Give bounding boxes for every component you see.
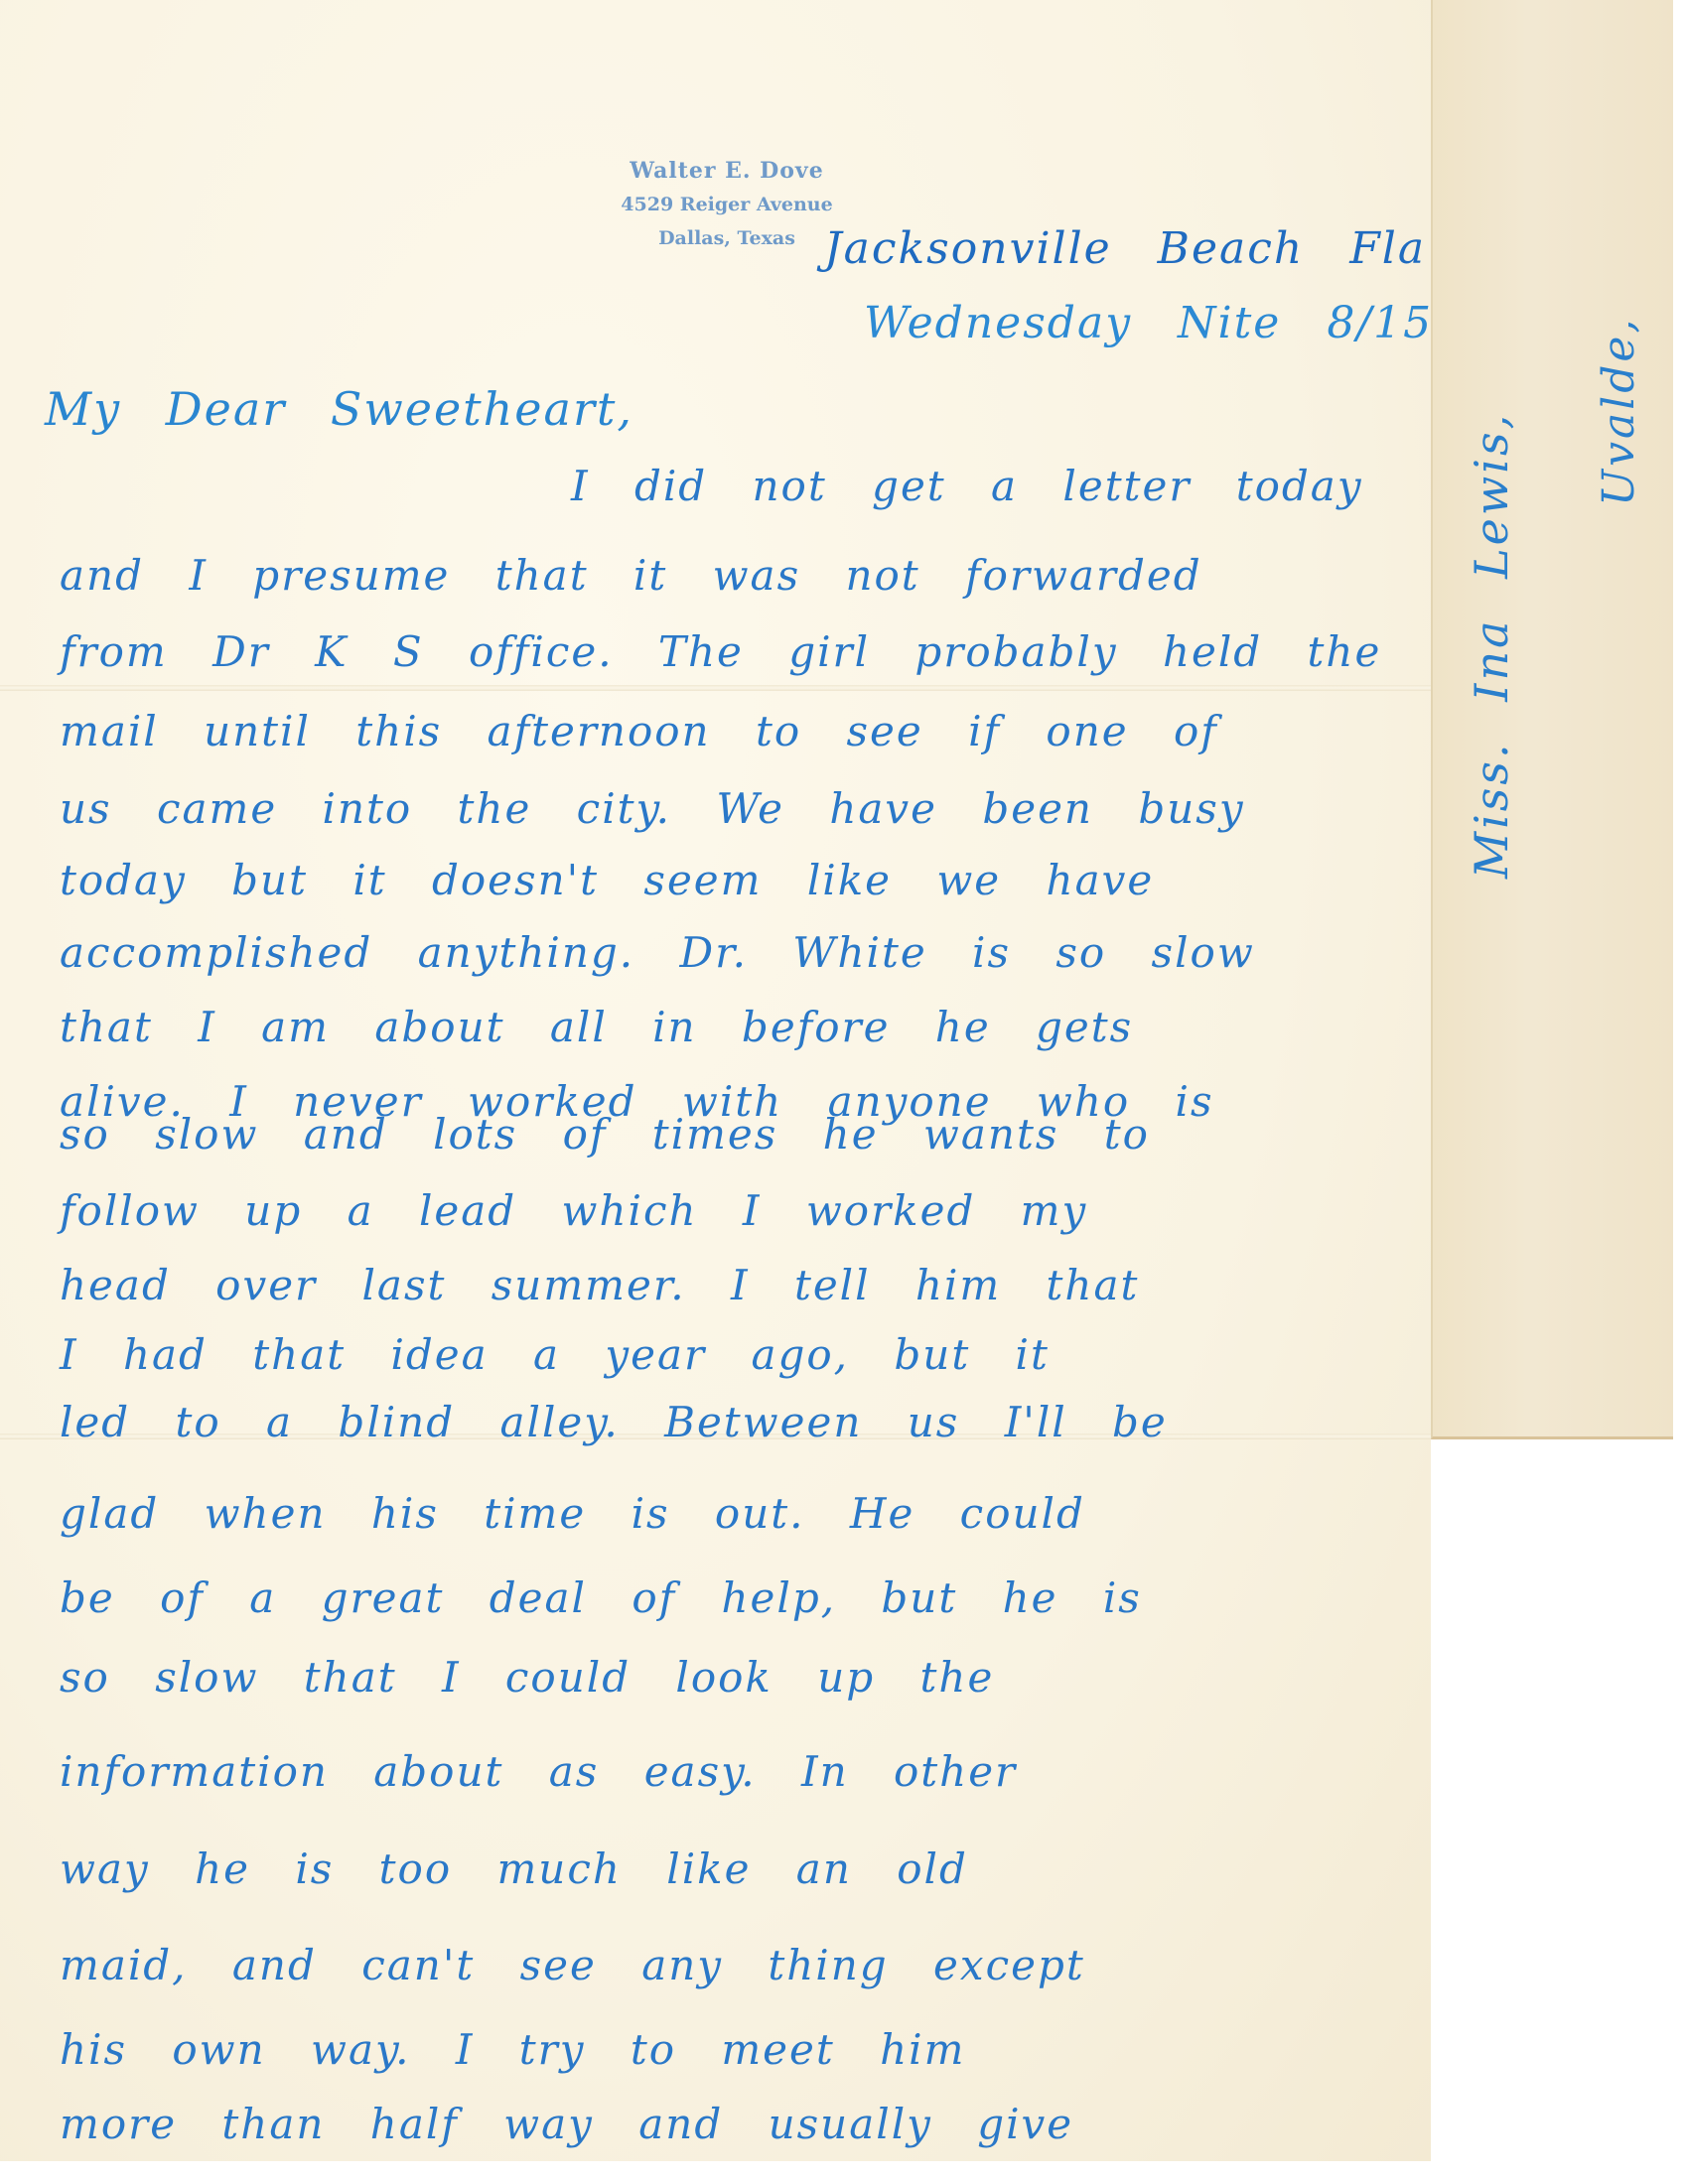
body-line: his own way. I try to meet him — [60, 2025, 965, 2074]
body-line: glad when his time is out. He could — [60, 1489, 1085, 1538]
body-line: us came into the city. We have been busy — [60, 784, 1245, 833]
body-line: today but it doesn't seem like we have — [60, 856, 1154, 904]
greeting: My Dear Sweetheart, — [45, 382, 633, 436]
letterhead-city: Dallas, Texas — [608, 221, 846, 255]
body-line: follow up a lead which I worked my — [60, 1186, 1087, 1235]
letter-place: Jacksonville Beach Fla — [824, 223, 1426, 274]
body-line: so slow that I could look up the — [60, 1653, 994, 1702]
envelope-recipient: Miss. Ina Lewis, — [1465, 412, 1518, 879]
fold-line-upper — [0, 685, 1431, 691]
body-line: maid, and can't see any thing except — [60, 1941, 1085, 1989]
body-line: be of a great deal of help, but he is — [60, 1573, 1142, 1622]
letterhead: Walter E. Dove 4529 Reiger Avenue Dallas… — [608, 154, 846, 255]
body-line: that I am about all in before he gets — [60, 1003, 1133, 1051]
letter-date: Wednesday Nite 8/15 — [864, 298, 1433, 348]
letterhead-street: 4529 Reiger Avenue — [608, 188, 846, 221]
body-line: I had that idea a year ago, but it — [60, 1330, 1050, 1379]
body-line: I did not get a letter today — [571, 462, 1363, 510]
body-line: and I presume that it was not forwarded — [60, 551, 1202, 600]
body-line: way he is too much like an old — [60, 1844, 968, 1893]
body-line: more than half way and usually give — [60, 2100, 1073, 2148]
envelope-city: Uvalde, — [1594, 317, 1644, 506]
body-line: accomplished anything. Dr. White is so s… — [60, 928, 1255, 977]
body-line: head over last summer. I tell him that — [60, 1261, 1139, 1309]
body-line: led to a blind alley. Between us I'll be — [60, 1398, 1168, 1446]
letterhead-name: Walter E. Dove — [608, 154, 846, 188]
body-line: from Dr K S office. The girl probably he… — [60, 627, 1381, 676]
letter-page: Walter E. Dove 4529 Reiger Avenue Dallas… — [0, 0, 1431, 2161]
body-line: information about as easy. In other — [60, 1747, 1017, 1796]
body-line: mail until this afternoon to see if one … — [60, 707, 1218, 755]
body-line: so slow and lots of times he wants to — [60, 1110, 1150, 1159]
